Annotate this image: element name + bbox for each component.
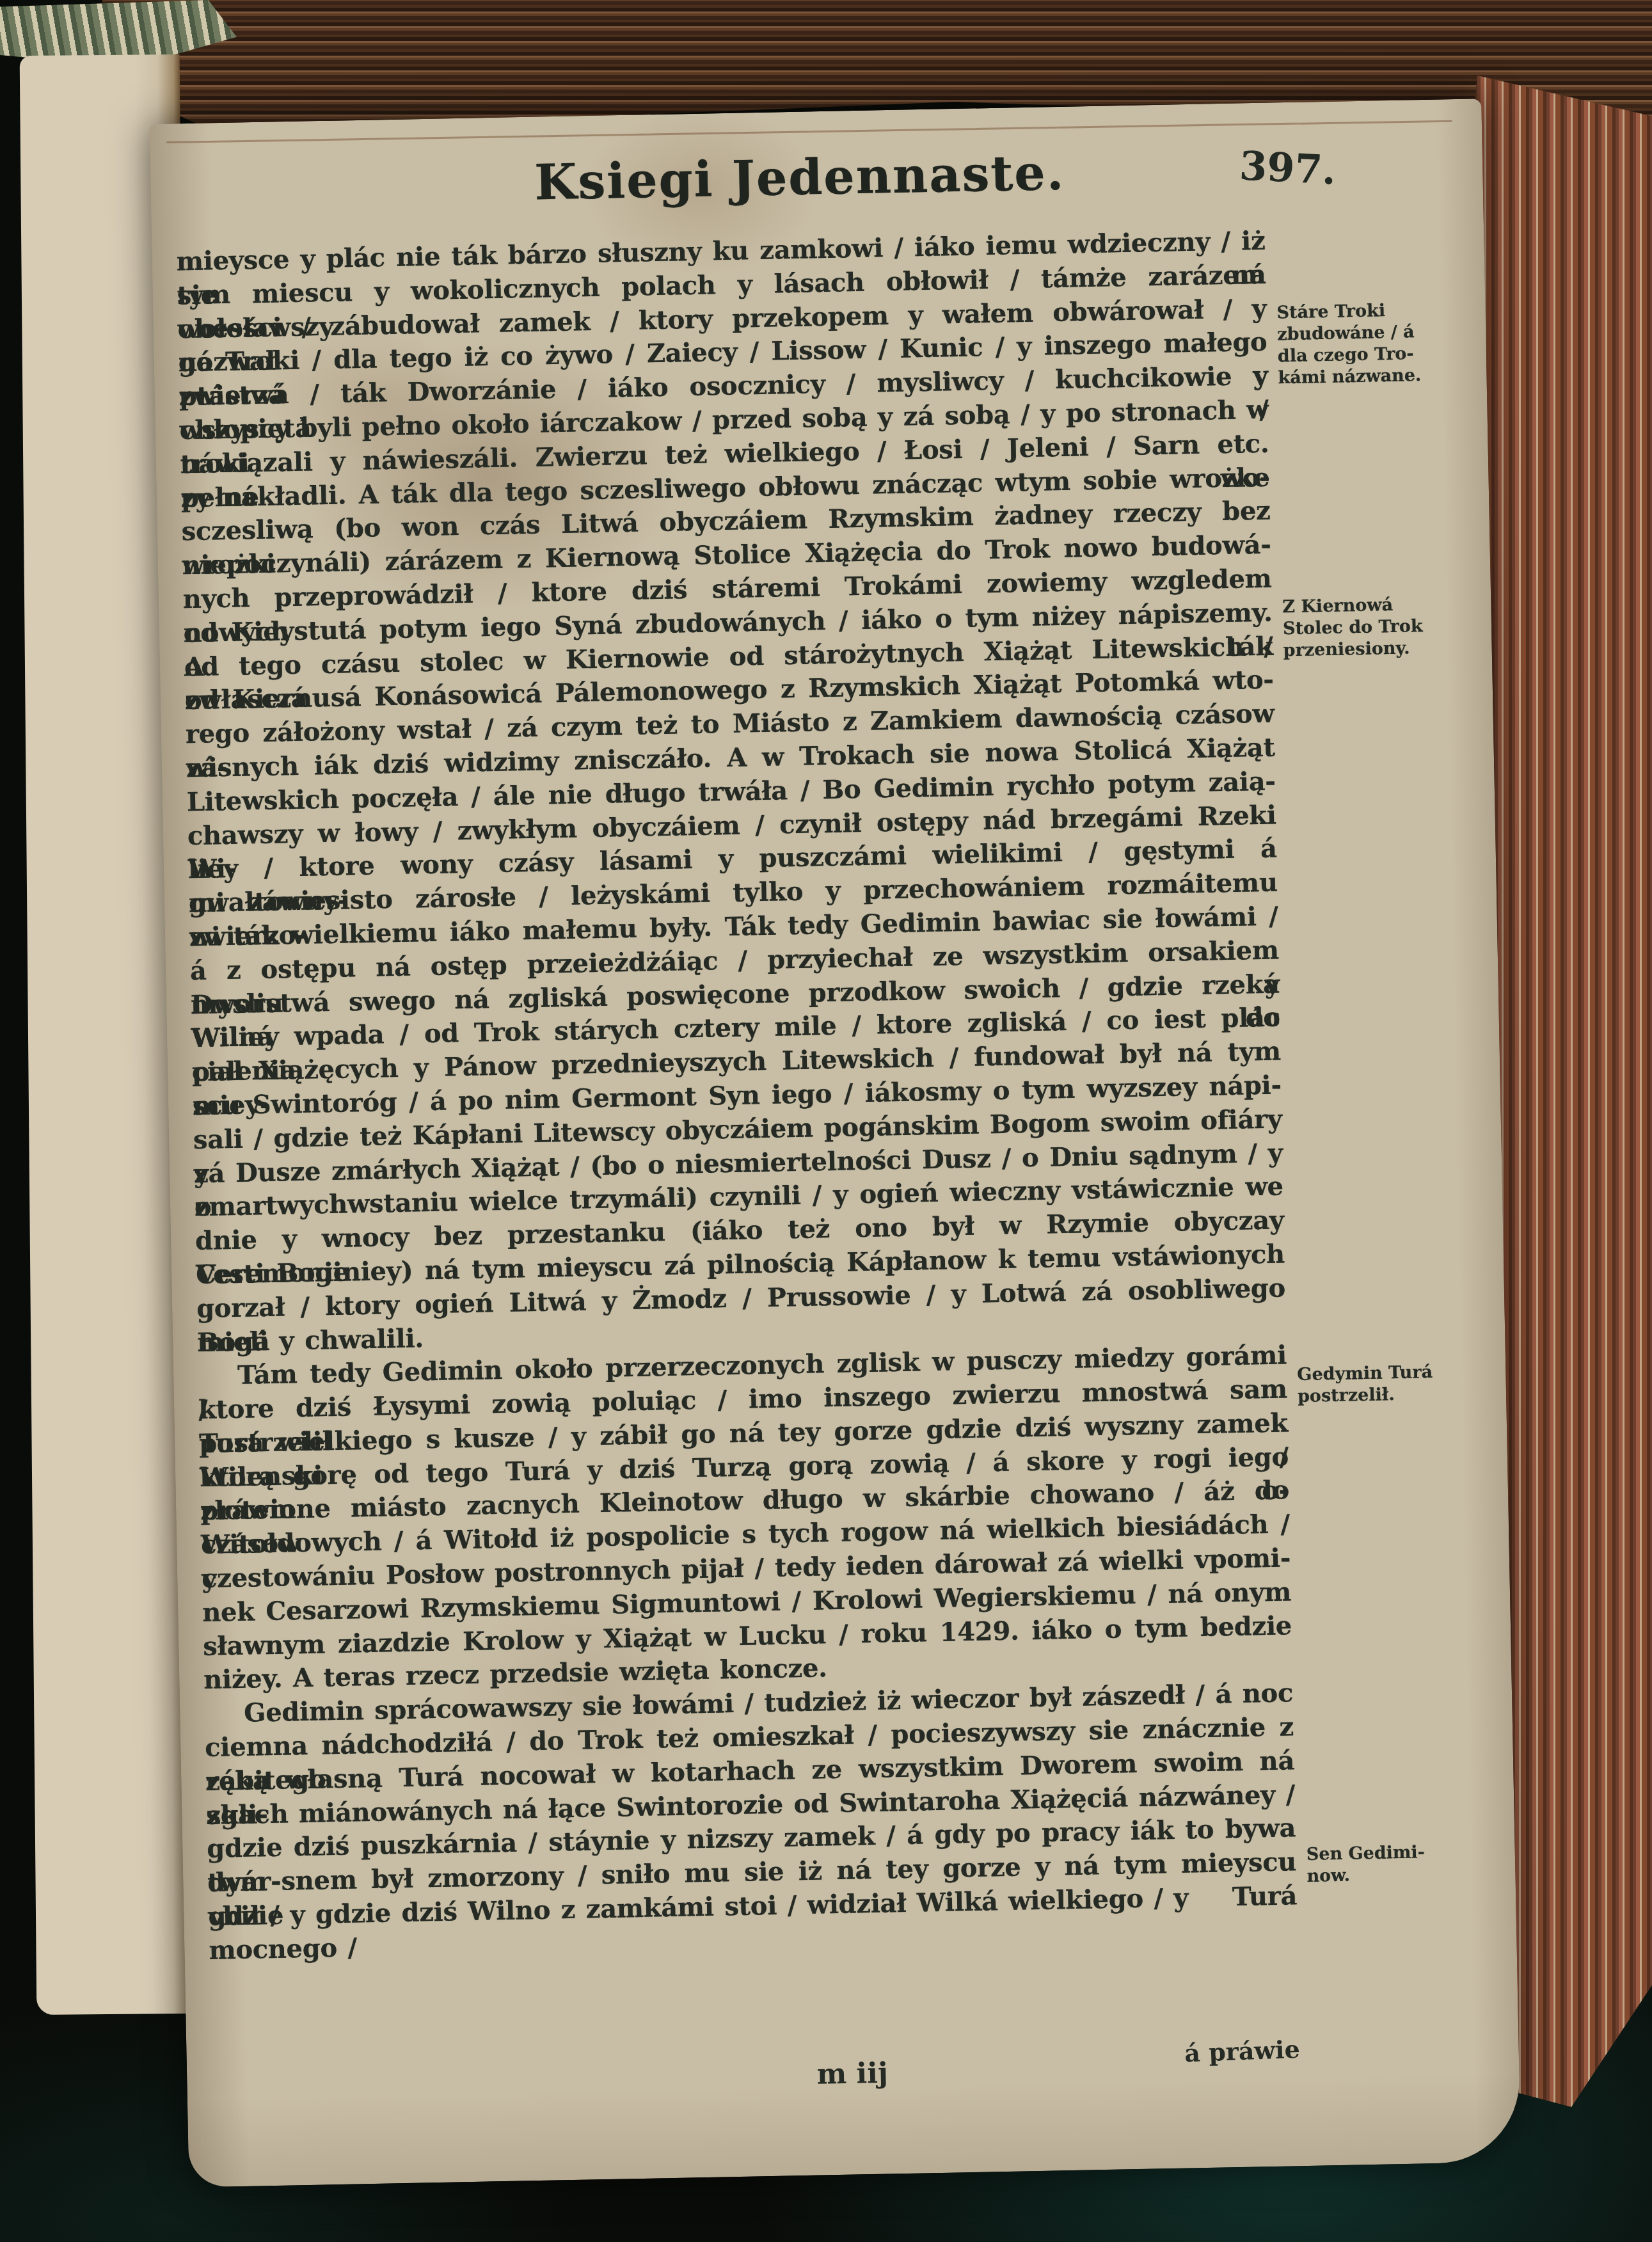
page-title: Ksiegi Jedennaste.: [534, 144, 1065, 211]
margin-note-line: kámi názwane.: [1278, 363, 1481, 389]
margin-note: Stáre Trokizbudowáne / ádla czego Tro-ká…: [1276, 298, 1481, 389]
text-block: mieysce y plác nie ták bárzo słuszny ku …: [176, 225, 1297, 1934]
page-number: 397.: [1238, 142, 1337, 194]
book-photo: { "page": { "header": { "title": "Ksiegi…: [0, 0, 1652, 2242]
margin-note-line: postrzelił.: [1298, 1382, 1500, 1408]
margin-note-line: now.: [1307, 1862, 1509, 1888]
margin-note-line: przeniesiony.: [1283, 636, 1486, 662]
page-top-edge-line: [166, 120, 1452, 143]
signature-mark: m iij: [782, 2056, 923, 2092]
margin-note: Sen Gedimi-now.: [1307, 1840, 1509, 1888]
margin-note: Gedymin Turápostrzelił.: [1297, 1360, 1500, 1408]
book-page: Ksiegi Jedennaste. 397. mieysce y plác n…: [150, 99, 1521, 2187]
catchword: á práwie: [1127, 2035, 1300, 2070]
margin-note: Z KiernowáStolec do Trokprzeniesiony.: [1282, 592, 1486, 662]
